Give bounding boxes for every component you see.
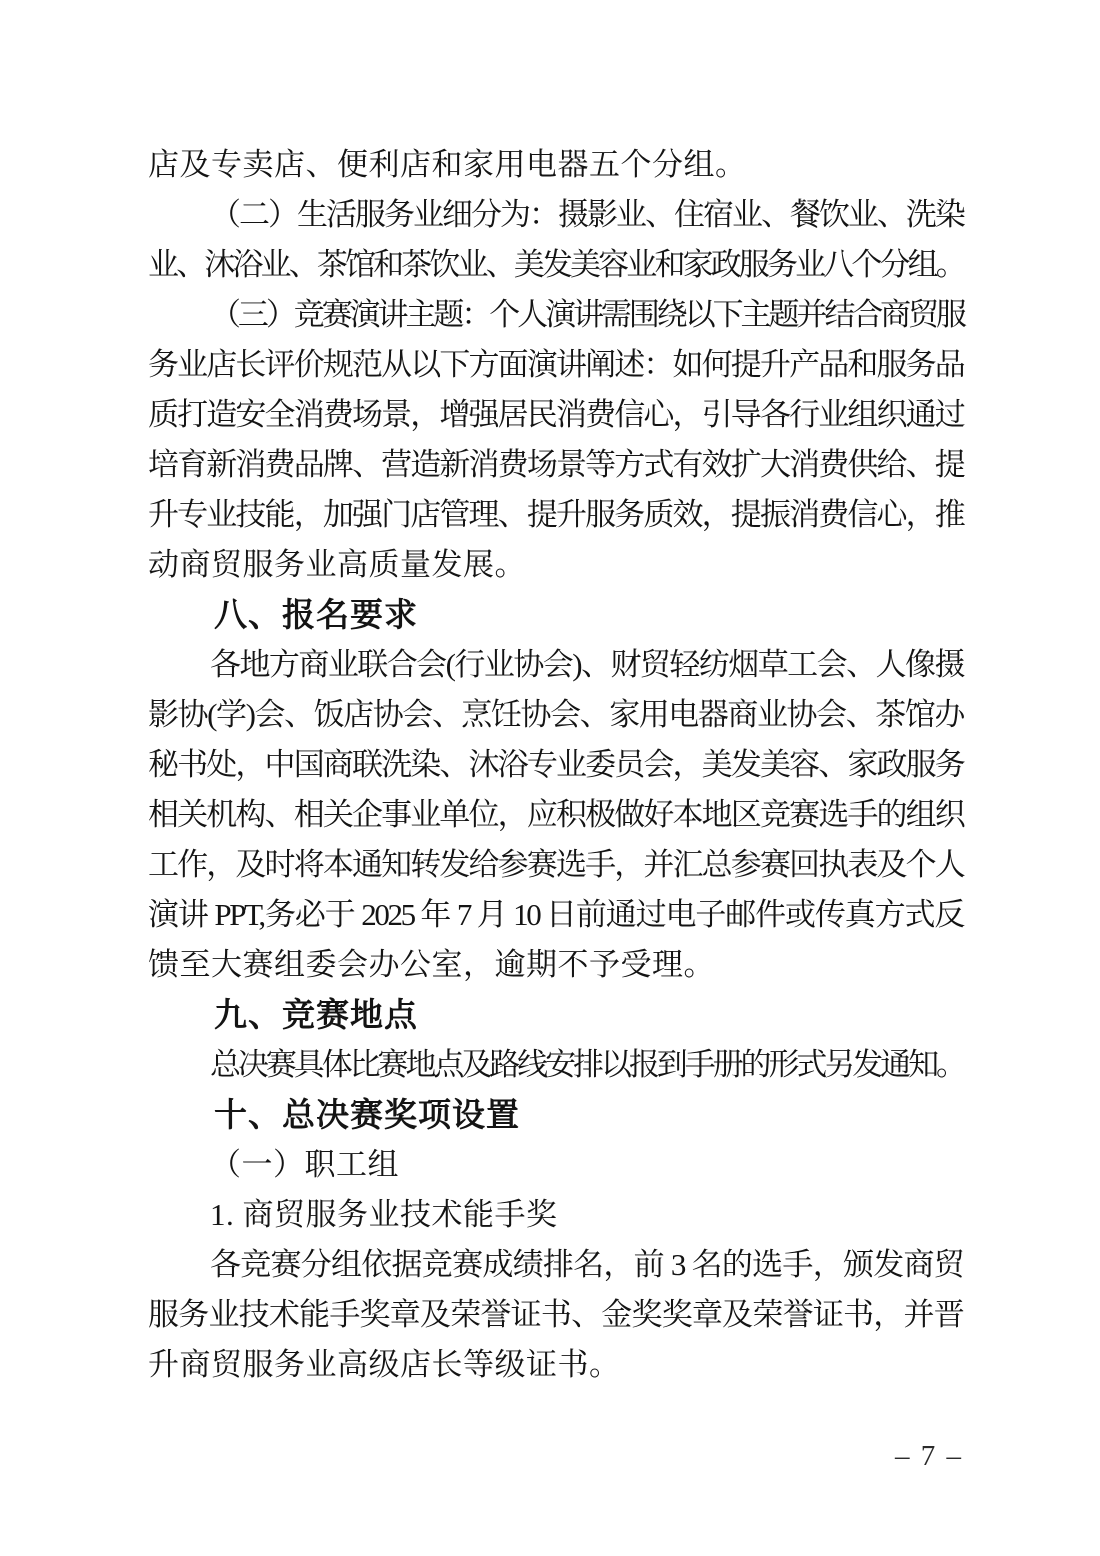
document-page: { "page_number": "– 7 –", "content": { "… [0, 0, 1100, 1556]
text-line: 动商贸服务业高质量发展。 [148, 540, 963, 590]
text-line: 总决赛具体比赛地点及路线安排以报到手册的形式另发通知。 [148, 1040, 963, 1090]
text-line: 质打造安全消费场景，增强居民消费信心，引导各行业组织通过 [148, 390, 963, 440]
text-line: 工作，及时将本通知转发给参赛选手，并汇总参赛回执表及个人 [148, 840, 963, 890]
document-body: 店及专卖店、便利店和家用电器五个分组。（二）生活服务业细分为：摄影业、住宿业、餐… [148, 140, 963, 1390]
text-line: 演讲 PPT,务必于 2025 年 7 月 10 日前通过电子邮件或传真方式反 [148, 890, 963, 940]
section-heading: 八、报名要求 [148, 590, 963, 640]
text-line: （二）生活服务业细分为：摄影业、住宿业、餐饮业、洗染 [148, 190, 963, 240]
text-line: 店及专卖店、便利店和家用电器五个分组。 [148, 140, 963, 190]
text-line: 秘书处，中国商联洗染、沐浴专业委员会，美发美容、家政服务 [148, 740, 963, 790]
text-line: 业、沐浴业、茶馆和茶饮业、美发美容业和家政服务业八个分组。 [148, 240, 963, 290]
section-heading: 九、竞赛地点 [148, 990, 963, 1040]
page-number: – 7 – [895, 1440, 963, 1473]
text-line: 务业店长评价规范从以下方面演讲阐述：如何提升产品和服务品 [148, 340, 963, 390]
text-line: 相关机构、相关企事业单位，应积极做好本地区竞赛选手的组织 [148, 790, 963, 840]
text-line: 馈至大赛组委会办公室，逾期不予受理。 [148, 940, 963, 990]
text-line: 升专业技能，加强门店管理、提升服务质效，提振消费信心，推 [148, 490, 963, 540]
text-line: 升商贸服务业高级店长等级证书。 [148, 1340, 963, 1390]
text-line: （一）职工组 [148, 1140, 963, 1190]
text-line: 1. 商贸服务业技术能手奖 [148, 1190, 963, 1240]
text-line: 各地方商业联合会(行业协会)、财贸轻纺烟草工会、人像摄 [148, 640, 963, 690]
text-line: （三）竞赛演讲主题：个人演讲需围绕以下主题并结合商贸服 [148, 290, 963, 340]
text-line: 影协(学)会、饭店协会、烹饪协会、家用电器商业协会、茶馆办 [148, 690, 963, 740]
text-line: 各竞赛分组依据竞赛成绩排名，前 3 名的选手，颁发商贸 [148, 1240, 963, 1290]
section-heading: 十、总决赛奖项设置 [148, 1090, 963, 1140]
text-line: 服务业技术能手奖章及荣誉证书、金奖奖章及荣誉证书，并晋 [148, 1290, 963, 1340]
text-line: 培育新消费品牌、营造新消费场景等方式有效扩大消费供给、提 [148, 440, 963, 490]
